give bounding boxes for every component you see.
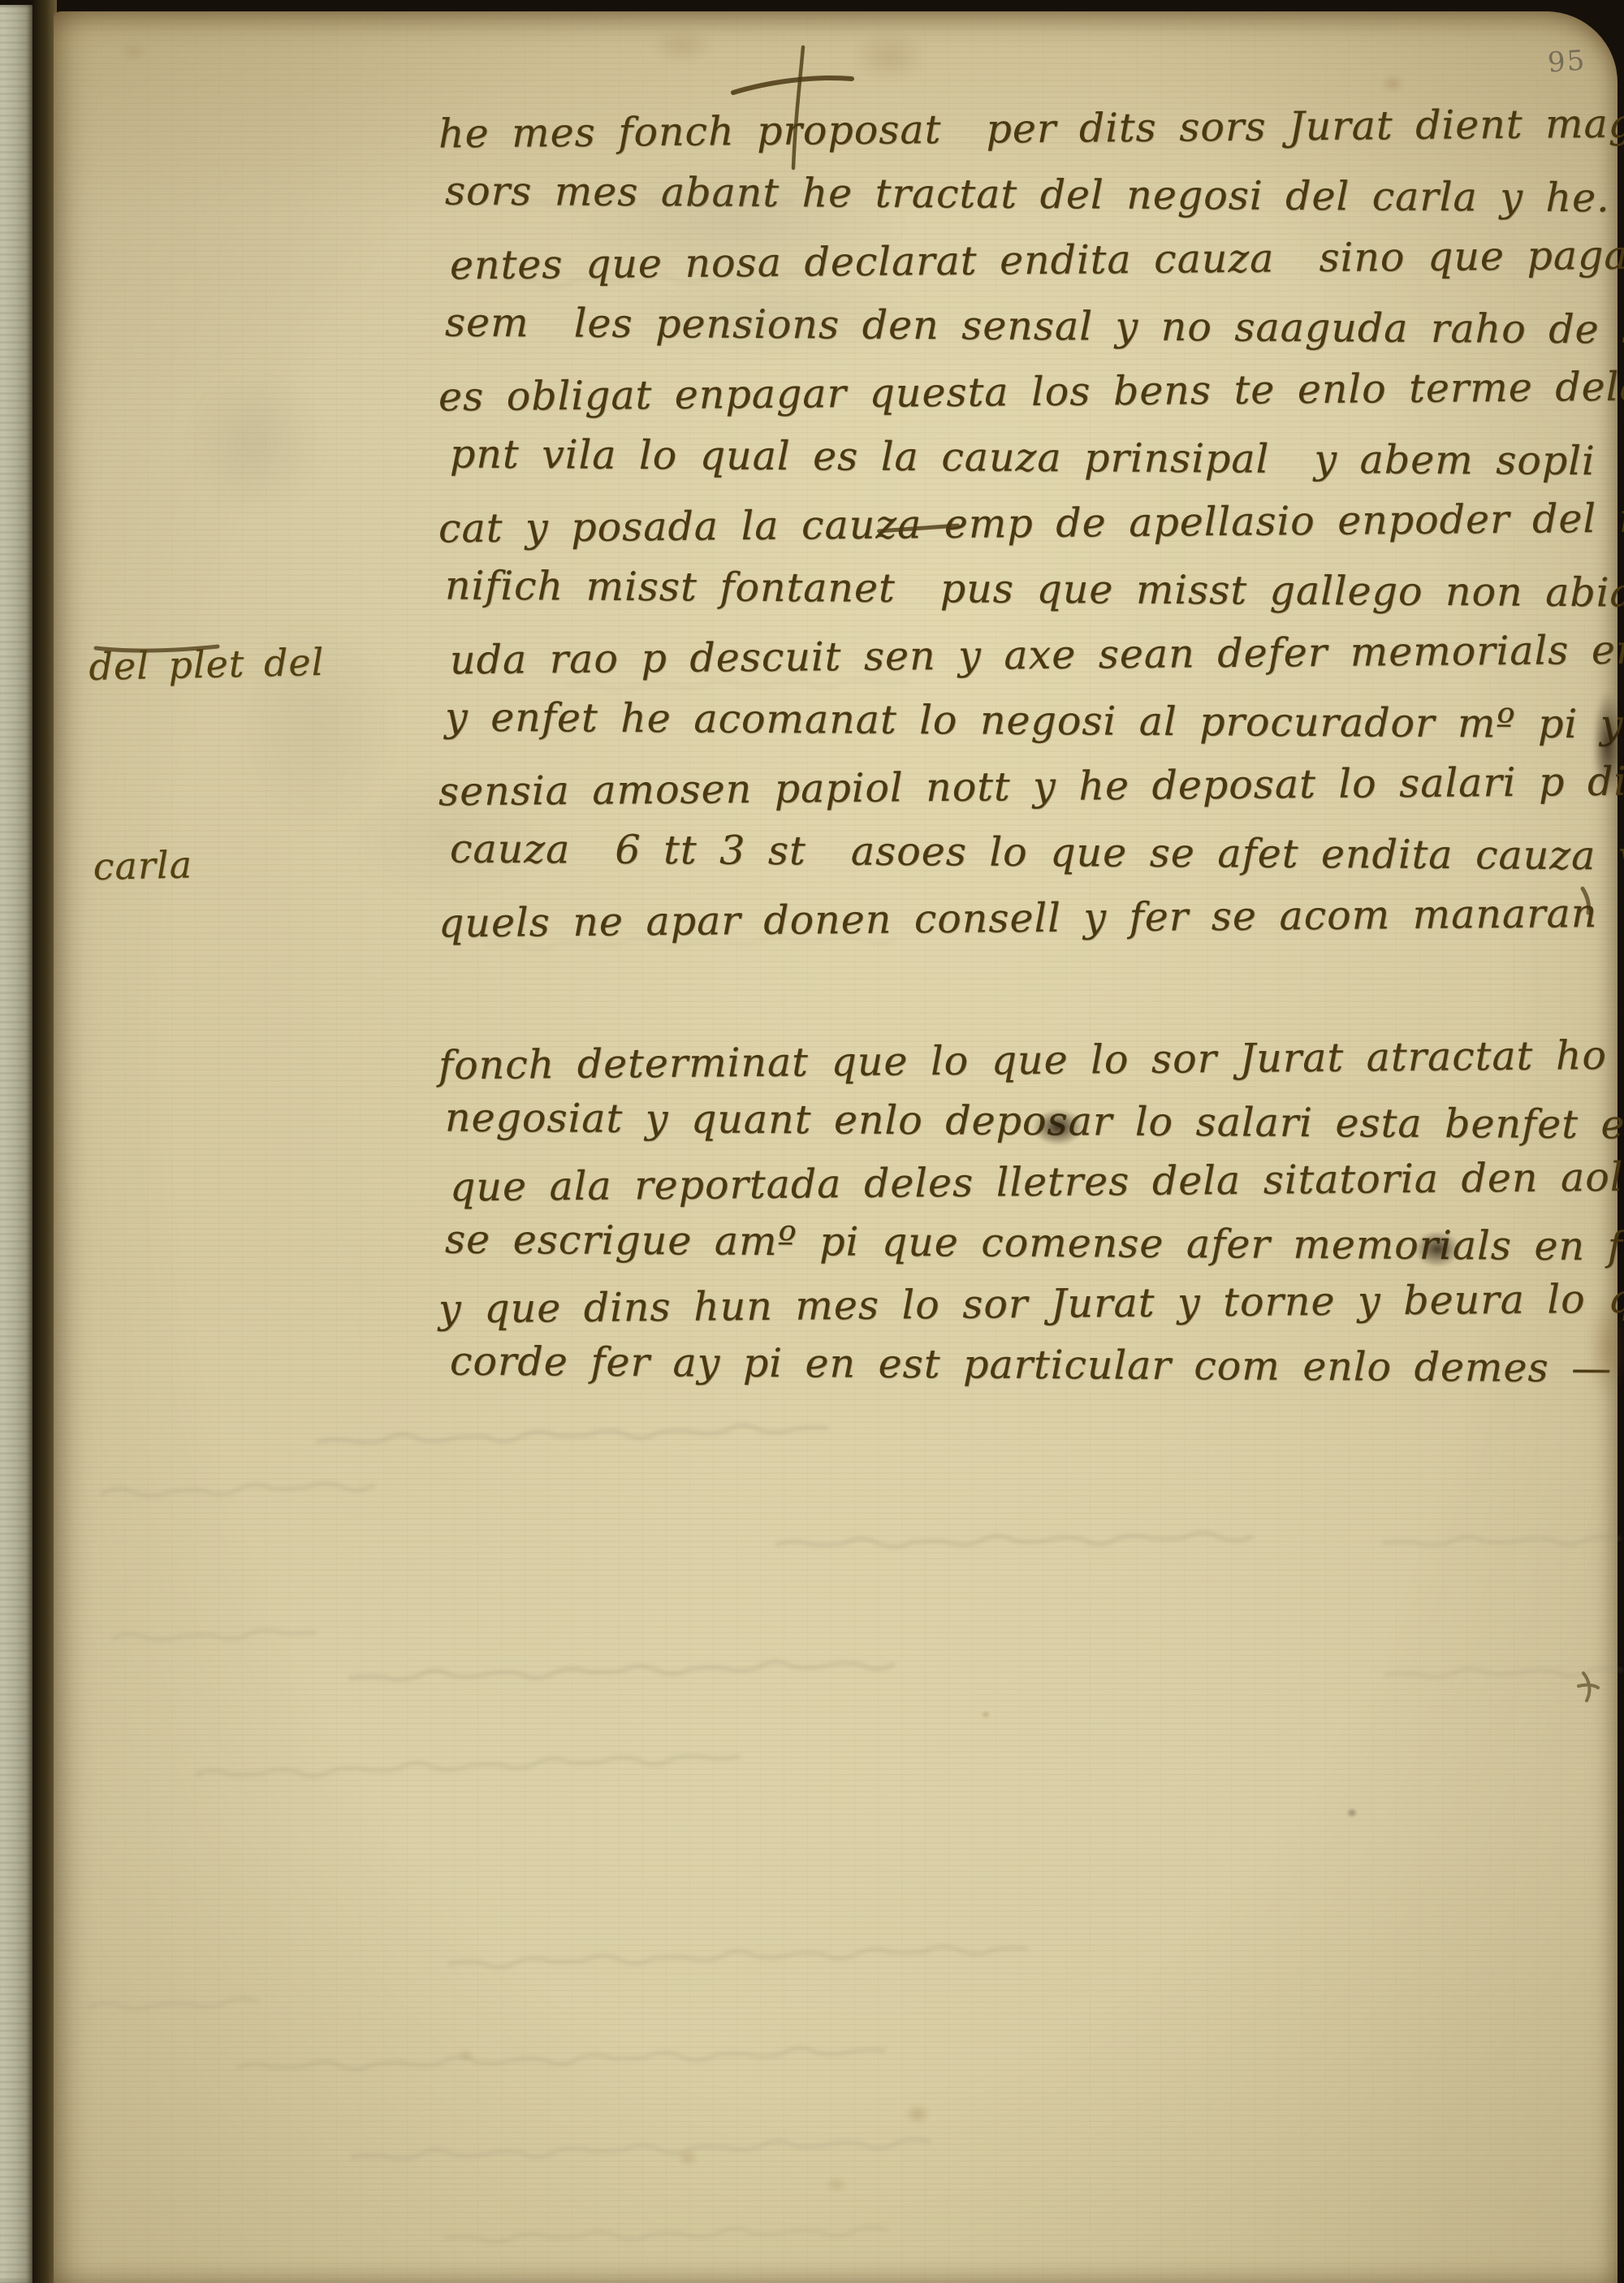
manuscript-line: cat y posada la cauza emp de apellasio e… — [438, 486, 1624, 562]
manuscript-line: y enfet he acomanat lo negosi al procura… — [445, 685, 1624, 758]
manuscript-line: negosiat y quant enlo deposar lo salari … — [445, 1087, 1624, 1156]
book-page-edges — [0, 5, 34, 2283]
manuscript-line: corde fer ay pi en est particular com en… — [450, 1331, 1624, 1399]
manuscript-line: y que dins hun mes lo sor Jurat y torne … — [438, 1269, 1624, 1340]
paragraph-1: he mes fonch proposat per dits sors Jura… — [438, 96, 1624, 951]
manuscript-line: he mes fonch proposat per dits sors Jura… — [438, 91, 1624, 167]
manuscript-line: nifich misst fontanet pus que misst gall… — [445, 553, 1624, 626]
manuscript-line: es obligat enpagar questa los bens te en… — [438, 354, 1624, 430]
paragraph-2: fonch determinat que lo que lo sor Jurat… — [438, 1030, 1624, 1395]
manuscript-line: pnt vila lo qual es la cauza prinsipal y… — [450, 422, 1624, 495]
manuscript-line: entes que nosa declarat endita cauza sin… — [450, 223, 1624, 299]
margin-note: del plet del carla — [85, 494, 405, 1033]
manuscript-line: sem les pensions den sensal y no saaguda… — [445, 290, 1624, 363]
manuscript-line: fonch determinat que lo que lo sor Jurat… — [438, 1025, 1624, 1096]
manuscript-line: uda rao p descuit sen y axe sean defer m… — [450, 617, 1624, 694]
manuscript-line: sors mes abant he tractat del negosi del… — [445, 158, 1624, 231]
scan-background: 95 del plet del carla he mes fonch propo… — [0, 0, 1624, 2283]
manuscript-line: quels ne apar donen consell y fer se aco… — [438, 880, 1624, 957]
margin-note-line: carla — [93, 827, 403, 900]
manuscript-line: sensia amosen papiol nott y he deposat l… — [438, 749, 1624, 825]
manuscript-line: cauza 6 tt 3 st asoes lo que se afet end… — [450, 816, 1624, 889]
page-number: 95 — [1547, 44, 1587, 79]
manuscript-line: que ala reportada deles lletres dela sit… — [450, 1147, 1624, 1218]
margin-note-line: del plet del — [89, 627, 399, 700]
manuscript-line: se escrigue amº pi que comense afer memo… — [445, 1209, 1624, 1278]
